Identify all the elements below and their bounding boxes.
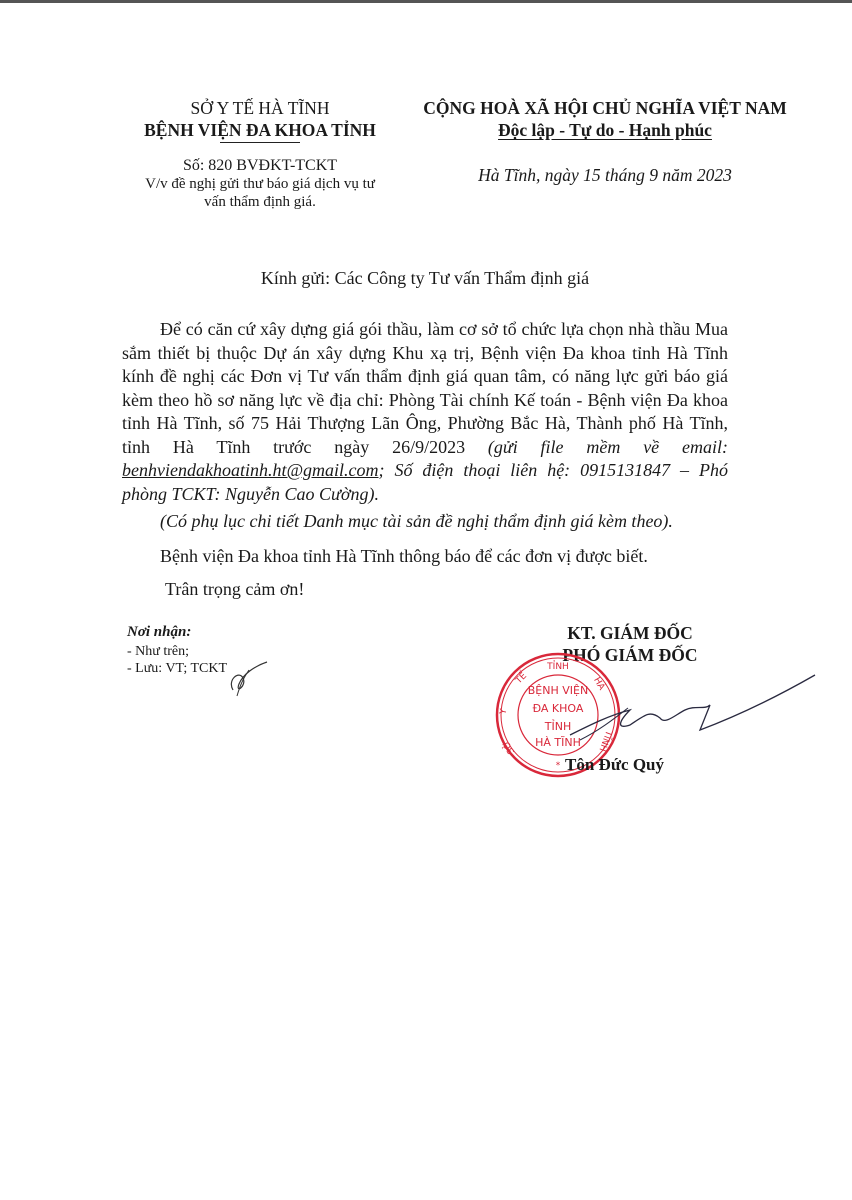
initials-signature-icon	[225, 660, 285, 700]
recipient-line: Kính gửi: Các Công ty Tư vấn Thẩm định g…	[122, 268, 728, 289]
email-link[interactable]: benhviendakhoatinh.ht@gmail.com	[122, 460, 379, 480]
svg-text:Y: Y	[498, 708, 509, 717]
paragraph-1-contact-start: (gửi file mềm về email:	[488, 437, 728, 457]
receivers-block: Nơi nhận: - Như trên; - Lưu: VT; TCKT	[127, 624, 227, 677]
director-signature-icon	[560, 670, 820, 750]
body-paragraph-1: Để có căn cứ xây dựng giá gói thầu, làm …	[122, 318, 728, 506]
receivers-title: Nơi nhận:	[127, 624, 227, 641]
receiver-item: - Lưu: VT; TCKT	[127, 660, 227, 677]
closing-line: Trân trọng cảm ơn!	[165, 578, 465, 602]
signer-name: Tôn Đức Quý	[565, 755, 664, 775]
subject-line-2: vấn thẩm định giá.	[110, 193, 410, 211]
organization-name: BỆNH VIỆN ĐA KHOA TỈNH	[110, 119, 410, 141]
subject-line-1: V/v đề nghị gửi thư báo giá dịch vụ tư	[110, 175, 410, 193]
svg-text:*: *	[556, 761, 561, 771]
national-motto: Độc lập - Tự do - Hạnh phúc	[498, 120, 712, 140]
on-behalf-title: KT. GIÁM ĐỐC	[500, 622, 760, 644]
header-right: CỘNG HOÀ XÃ HỘI CHỦ NGHĨA VIỆT NAM Độc l…	[400, 97, 810, 186]
document-number: Số: 820 BVĐKT-TCKT	[110, 157, 410, 175]
body-paragraph-2: (Có phụ lục chi tiết Danh mục tài sản đề…	[160, 510, 740, 534]
receiver-item: - Như trên;	[127, 643, 227, 660]
place-date: Hà Tĩnh, ngày 15 tháng 9 năm 2023	[400, 165, 810, 186]
national-title: CỘNG HOÀ XÃ HỘI CHỦ NGHĨA VIỆT NAM	[400, 97, 810, 119]
body-paragraph-3: Bệnh viện Đa khoa tỉnh Hà Tĩnh thông báo…	[160, 545, 740, 569]
header-left: SỞ Y TẾ HÀ TĨNH BỆNH VIỆN ĐA KHOA TỈNH S…	[110, 97, 410, 211]
scan-top-edge	[0, 0, 852, 3]
agency-name: SỞ Y TẾ HÀ TĨNH	[110, 97, 410, 119]
